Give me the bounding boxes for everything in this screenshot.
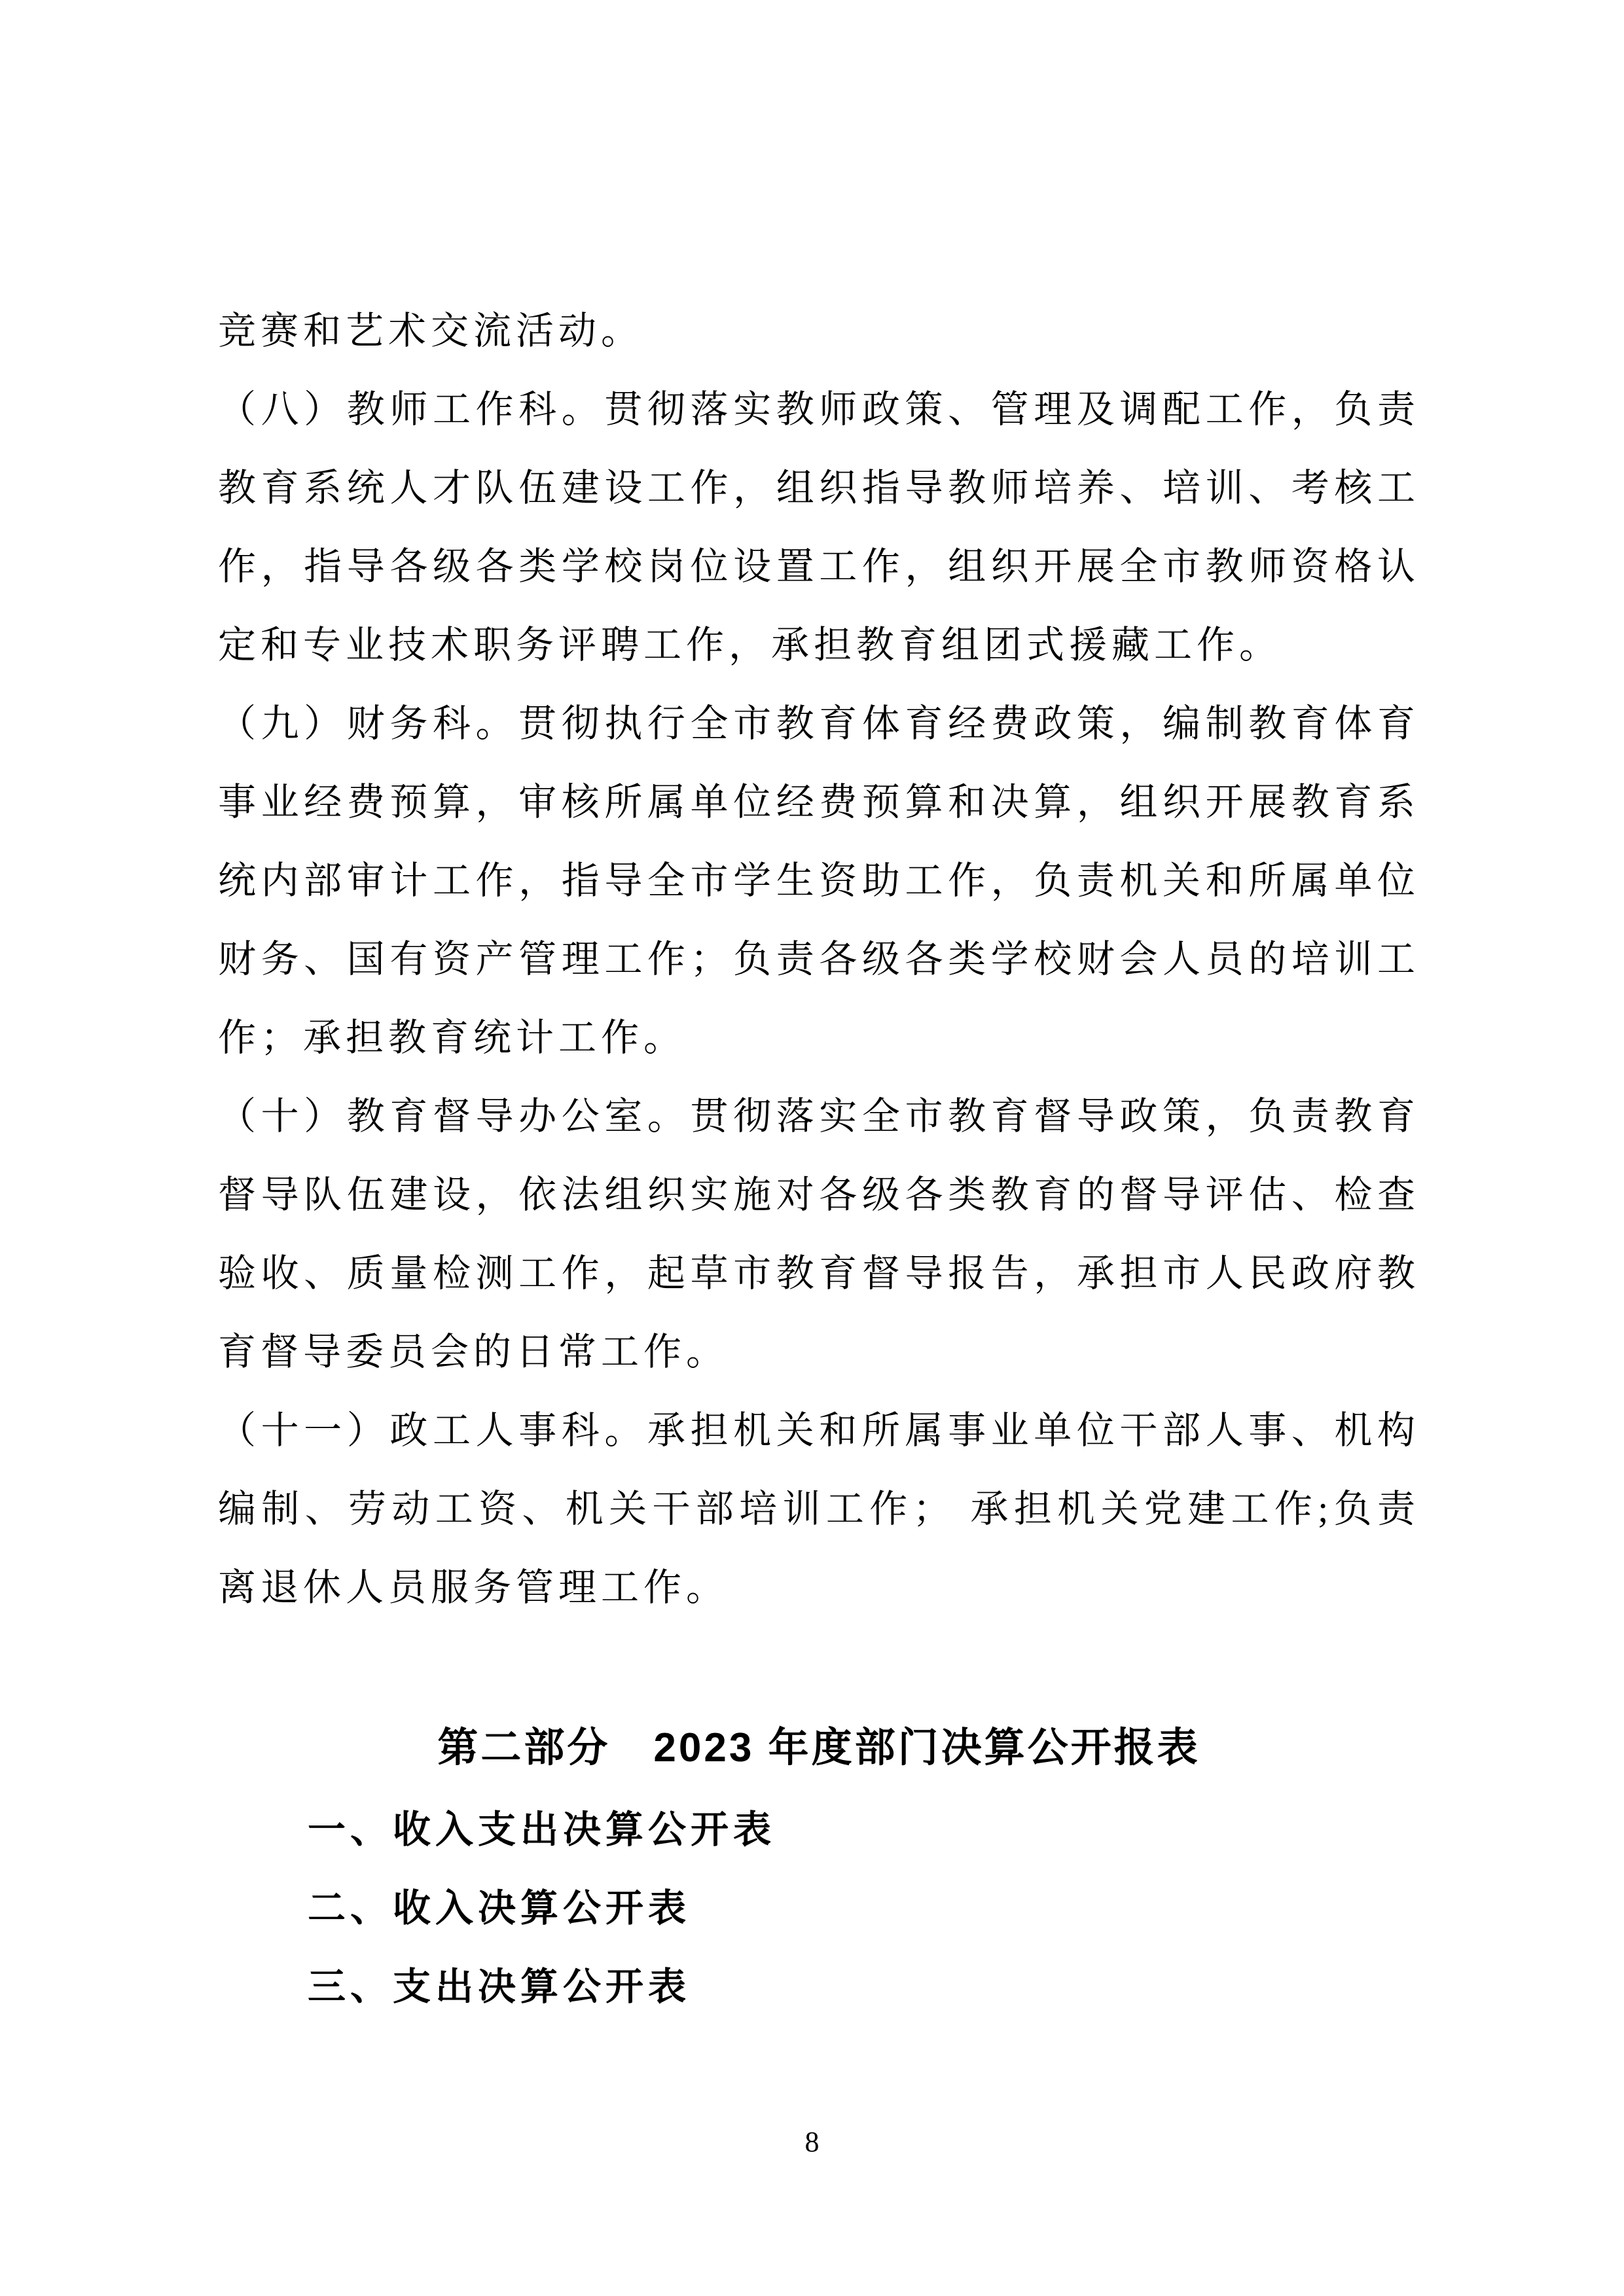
toc-item-income: 二、收入决算公开表 bbox=[308, 1869, 1420, 1948]
body-line: （十）教育督导办公室。贯彻落实全市教育督导政策，负责教育 bbox=[218, 1077, 1420, 1156]
body-line: 竞赛和艺术交流活动。 bbox=[218, 292, 1420, 370]
body-line: 统内部审计工作，指导全市学生资助工作，负责机关和所属单位 bbox=[218, 842, 1420, 920]
body-line: 教育系统人才队伍建设工作，组织指导教师培养、培训、考核工 bbox=[218, 449, 1420, 528]
body-line: 事业经费预算，审核所属单位经费预算和决算，组织开展教育系 bbox=[218, 763, 1420, 842]
text-block: 竞赛和艺术交流活动。 （八）教师工作科。贯彻落实教师政策、管理及调配工作，负责 … bbox=[218, 292, 1420, 2026]
body-line: 验收、质量检测工作，起草市教育督导报告，承担市人民政府教 bbox=[218, 1234, 1420, 1313]
body-line: 育督导委员会的日常工作。 bbox=[218, 1313, 1420, 1391]
body-line: （九）财务科。贯彻执行全市教育体育经费政策，编制教育体育 bbox=[218, 685, 1420, 763]
document-page: 竞赛和艺术交流活动。 （八）教师工作科。贯彻落实教师政策、管理及调配工作，负责 … bbox=[0, 0, 1624, 2296]
body-line: 作，指导各级各类学校岗位设置工作，组织开展全市教师资格认 bbox=[218, 528, 1420, 606]
body-line: （八）教师工作科。贯彻落实教师政策、管理及调配工作，负责 bbox=[218, 370, 1420, 449]
body-line: 离退休人员服务管理工作。 bbox=[218, 1549, 1420, 1627]
page-number: 8 bbox=[0, 2126, 1624, 2159]
blank-line bbox=[218, 1627, 1420, 1706]
toc-item-expenditure: 三、支出决算公开表 bbox=[308, 1948, 1420, 2026]
toc-item-income-expenditure: 一、收入支出决算公开表 bbox=[308, 1791, 1420, 1869]
body-line: （十一）政工人事科。承担机关和所属事业单位干部人事、机构 bbox=[218, 1391, 1420, 1470]
body-line: 财务、国有资产管理工作；负责各级各类学校财会人员的培训工 bbox=[218, 920, 1420, 999]
body-line: 定和专业技术职务评聘工作，承担教育组团式援藏工作。 bbox=[218, 606, 1420, 685]
body-line: 编制、劳动工资、机关干部培训工作； 承担机关党建工作;负责 bbox=[218, 1470, 1420, 1549]
body-line: 作；承担教育统计工作。 bbox=[218, 999, 1420, 1077]
section-heading: 第二部分 2023 年度部门决算公开报表 bbox=[218, 1706, 1420, 1791]
body-line: 督导队伍建设，依法组织实施对各级各类教育的督导评估、检查 bbox=[218, 1156, 1420, 1234]
